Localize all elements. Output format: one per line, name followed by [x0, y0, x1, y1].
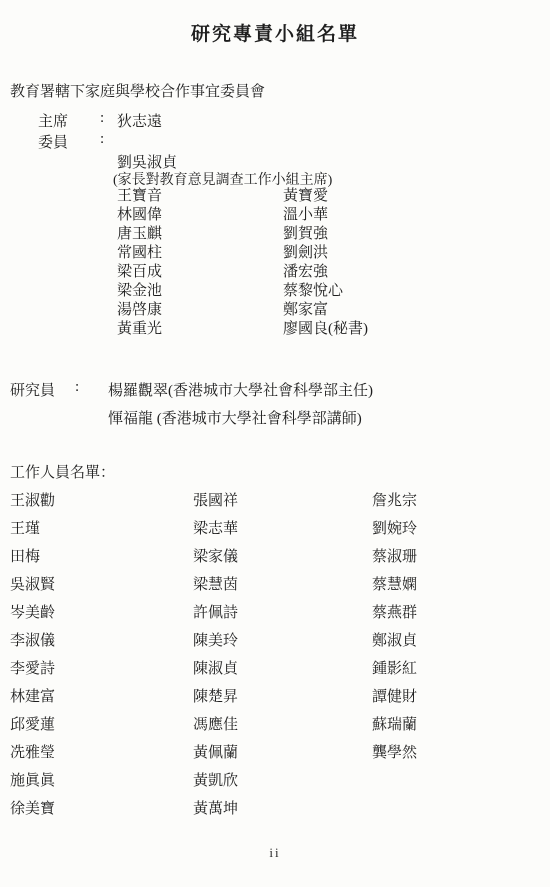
member-name: 黃重光	[117, 320, 283, 339]
member-row: 常國柱劉劍洪	[117, 244, 368, 263]
member-name: 梁百成	[117, 263, 283, 282]
staff-row: 王瑾梁志華劉婉玲	[10, 515, 417, 543]
member-name: 劉賀強	[283, 226, 328, 242]
member-name: 梁金池	[117, 282, 283, 301]
member-row: 梁金池蔡黎悅心	[117, 282, 368, 301]
page-title: 研究專責小組名單	[0, 19, 550, 46]
staff-name: 施眞眞	[10, 767, 193, 795]
member-name: 常國柱	[117, 244, 283, 263]
page-number: ii	[0, 845, 550, 861]
staff-name: 陳楚昇	[193, 683, 372, 711]
member-name: 唐玉麒	[117, 225, 283, 244]
staff-name: 蔡慧嫻	[372, 571, 417, 599]
member-name: 黃寶愛	[283, 188, 328, 204]
member-name: 潘宏強	[283, 264, 328, 280]
staff-name: 吳淑賢	[10, 571, 193, 599]
staff-name: 黃凱欣	[193, 767, 372, 795]
staff-name: 詹兆宗	[372, 487, 417, 515]
chairman-row: 主席 : 狄志遠	[38, 110, 68, 131]
staff-name: 梁志華	[193, 515, 372, 543]
member-name: 林國偉	[117, 206, 283, 225]
member-row: 湯啓康鄭家富	[117, 301, 368, 320]
staff-name: 李愛詩	[10, 655, 193, 683]
staff-name: 梁家儀	[193, 543, 372, 571]
staff-row: 施眞眞黃凱欣	[10, 767, 417, 795]
member-name: 溫小華	[283, 207, 328, 223]
member-row: 梁百成潘宏強	[117, 263, 368, 282]
staff-row: 冼雅瑩黃佩蘭龔學然	[10, 739, 417, 767]
staff-name: 鍾影紅	[372, 655, 417, 683]
staff-name: 蔡淑珊	[372, 543, 417, 571]
member-name: 王寶音	[117, 187, 283, 206]
member-name: 蔡黎悅心	[283, 283, 343, 299]
staff-name: 李淑儀	[10, 627, 193, 655]
staff-name: 張國祥	[193, 487, 372, 515]
staff-name: 王瑾	[10, 515, 193, 543]
staff-name: 邱愛蓮	[10, 711, 193, 739]
chairman-name: 狄志遠	[117, 110, 162, 131]
staff-list: 王淑勸張國祥詹兆宗 王瑾梁志華劉婉玲 田梅梁家儀蔡淑珊 吳淑賢梁慧茵蔡慧嫻 岑美…	[10, 487, 417, 823]
staff-name: 冼雅瑩	[10, 739, 193, 767]
staff-name: 王淑勸	[10, 487, 193, 515]
members-colon: :	[100, 131, 104, 148]
researcher-name: 楊羅觀翠(香港城市大學社會科學部主任)	[108, 379, 373, 400]
staff-name: 龔學然	[372, 739, 417, 767]
member-note: (家長對教育意見調查工作小組主席)	[113, 169, 332, 189]
staff-name: 劉婉玲	[372, 515, 417, 543]
member-name: 劉劍洪	[283, 245, 328, 261]
member-list: 王寶音黃寶愛 林國偉溫小華 唐玉麒劉賀強 常國柱劉劍洪 梁百成潘宏強 梁金池蔡黎…	[117, 187, 368, 339]
chairman-colon: :	[100, 110, 104, 127]
member-name: 廖國良(秘書)	[283, 321, 368, 337]
chairman-label: 主席	[38, 114, 68, 130]
staff-list-heading: 工作人員名單：	[10, 461, 115, 482]
committee-heading: 教育署轄下家庭與學校合作事宜委員會	[10, 80, 265, 101]
staff-name: 田梅	[10, 543, 193, 571]
staff-name: 林建富	[10, 683, 193, 711]
staff-name: 譚健財	[372, 683, 417, 711]
staff-row: 王淑勸張國祥詹兆宗	[10, 487, 417, 515]
document-page: 研究專責小組名單 教育署轄下家庭與學校合作事宜委員會 主席 : 狄志遠 委員 :…	[0, 0, 550, 887]
staff-row: 邱愛蓮馮應佳蘇瑞蘭	[10, 711, 417, 739]
staff-name: 蔡燕群	[372, 599, 417, 627]
staff-name: 鄭淑貞	[372, 627, 417, 655]
staff-row: 李愛詩陳淑貞鍾影紅	[10, 655, 417, 683]
researcher-name: 惲福龍 (香港城市大學社會科學部講師)	[108, 407, 362, 428]
staff-name: 徐美寶	[10, 795, 193, 823]
staff-name: 梁慧茵	[193, 571, 372, 599]
staff-row: 李淑儀陳美玲鄭淑貞	[10, 627, 417, 655]
member-row: 林國偉溫小華	[117, 206, 368, 225]
member-row: 王寶音黃寶愛	[117, 187, 368, 206]
staff-name: 陳淑貞	[193, 655, 372, 683]
staff-row: 林建富陳楚昇譚健財	[10, 683, 417, 711]
staff-name: 馮應佳	[193, 711, 372, 739]
members-row: 委員 :	[38, 131, 68, 152]
member-row: 唐玉麒劉賀強	[117, 225, 368, 244]
staff-name: 岑美齡	[10, 599, 193, 627]
member-row: 黃重光廖國良(秘書)	[117, 320, 368, 339]
researcher-colon: :	[75, 379, 79, 396]
staff-row: 田梅梁家儀蔡淑珊	[10, 543, 417, 571]
staff-row: 岑美齡許佩詩蔡燕群	[10, 599, 417, 627]
staff-row: 徐美寶黃萬坤	[10, 795, 417, 823]
staff-name: 許佩詩	[193, 599, 372, 627]
staff-name: 陳美玲	[193, 627, 372, 655]
staff-name: 蘇瑞蘭	[372, 711, 417, 739]
staff-name: 黃萬坤	[193, 795, 372, 823]
staff-name: 黃佩蘭	[193, 739, 372, 767]
member-name: 鄭家富	[283, 302, 328, 318]
researcher-label: 研究員	[10, 379, 55, 400]
member-name: 湯啓康	[117, 301, 283, 320]
staff-row: 吳淑賢梁慧茵蔡慧嫻	[10, 571, 417, 599]
members-label: 委員	[38, 135, 68, 151]
